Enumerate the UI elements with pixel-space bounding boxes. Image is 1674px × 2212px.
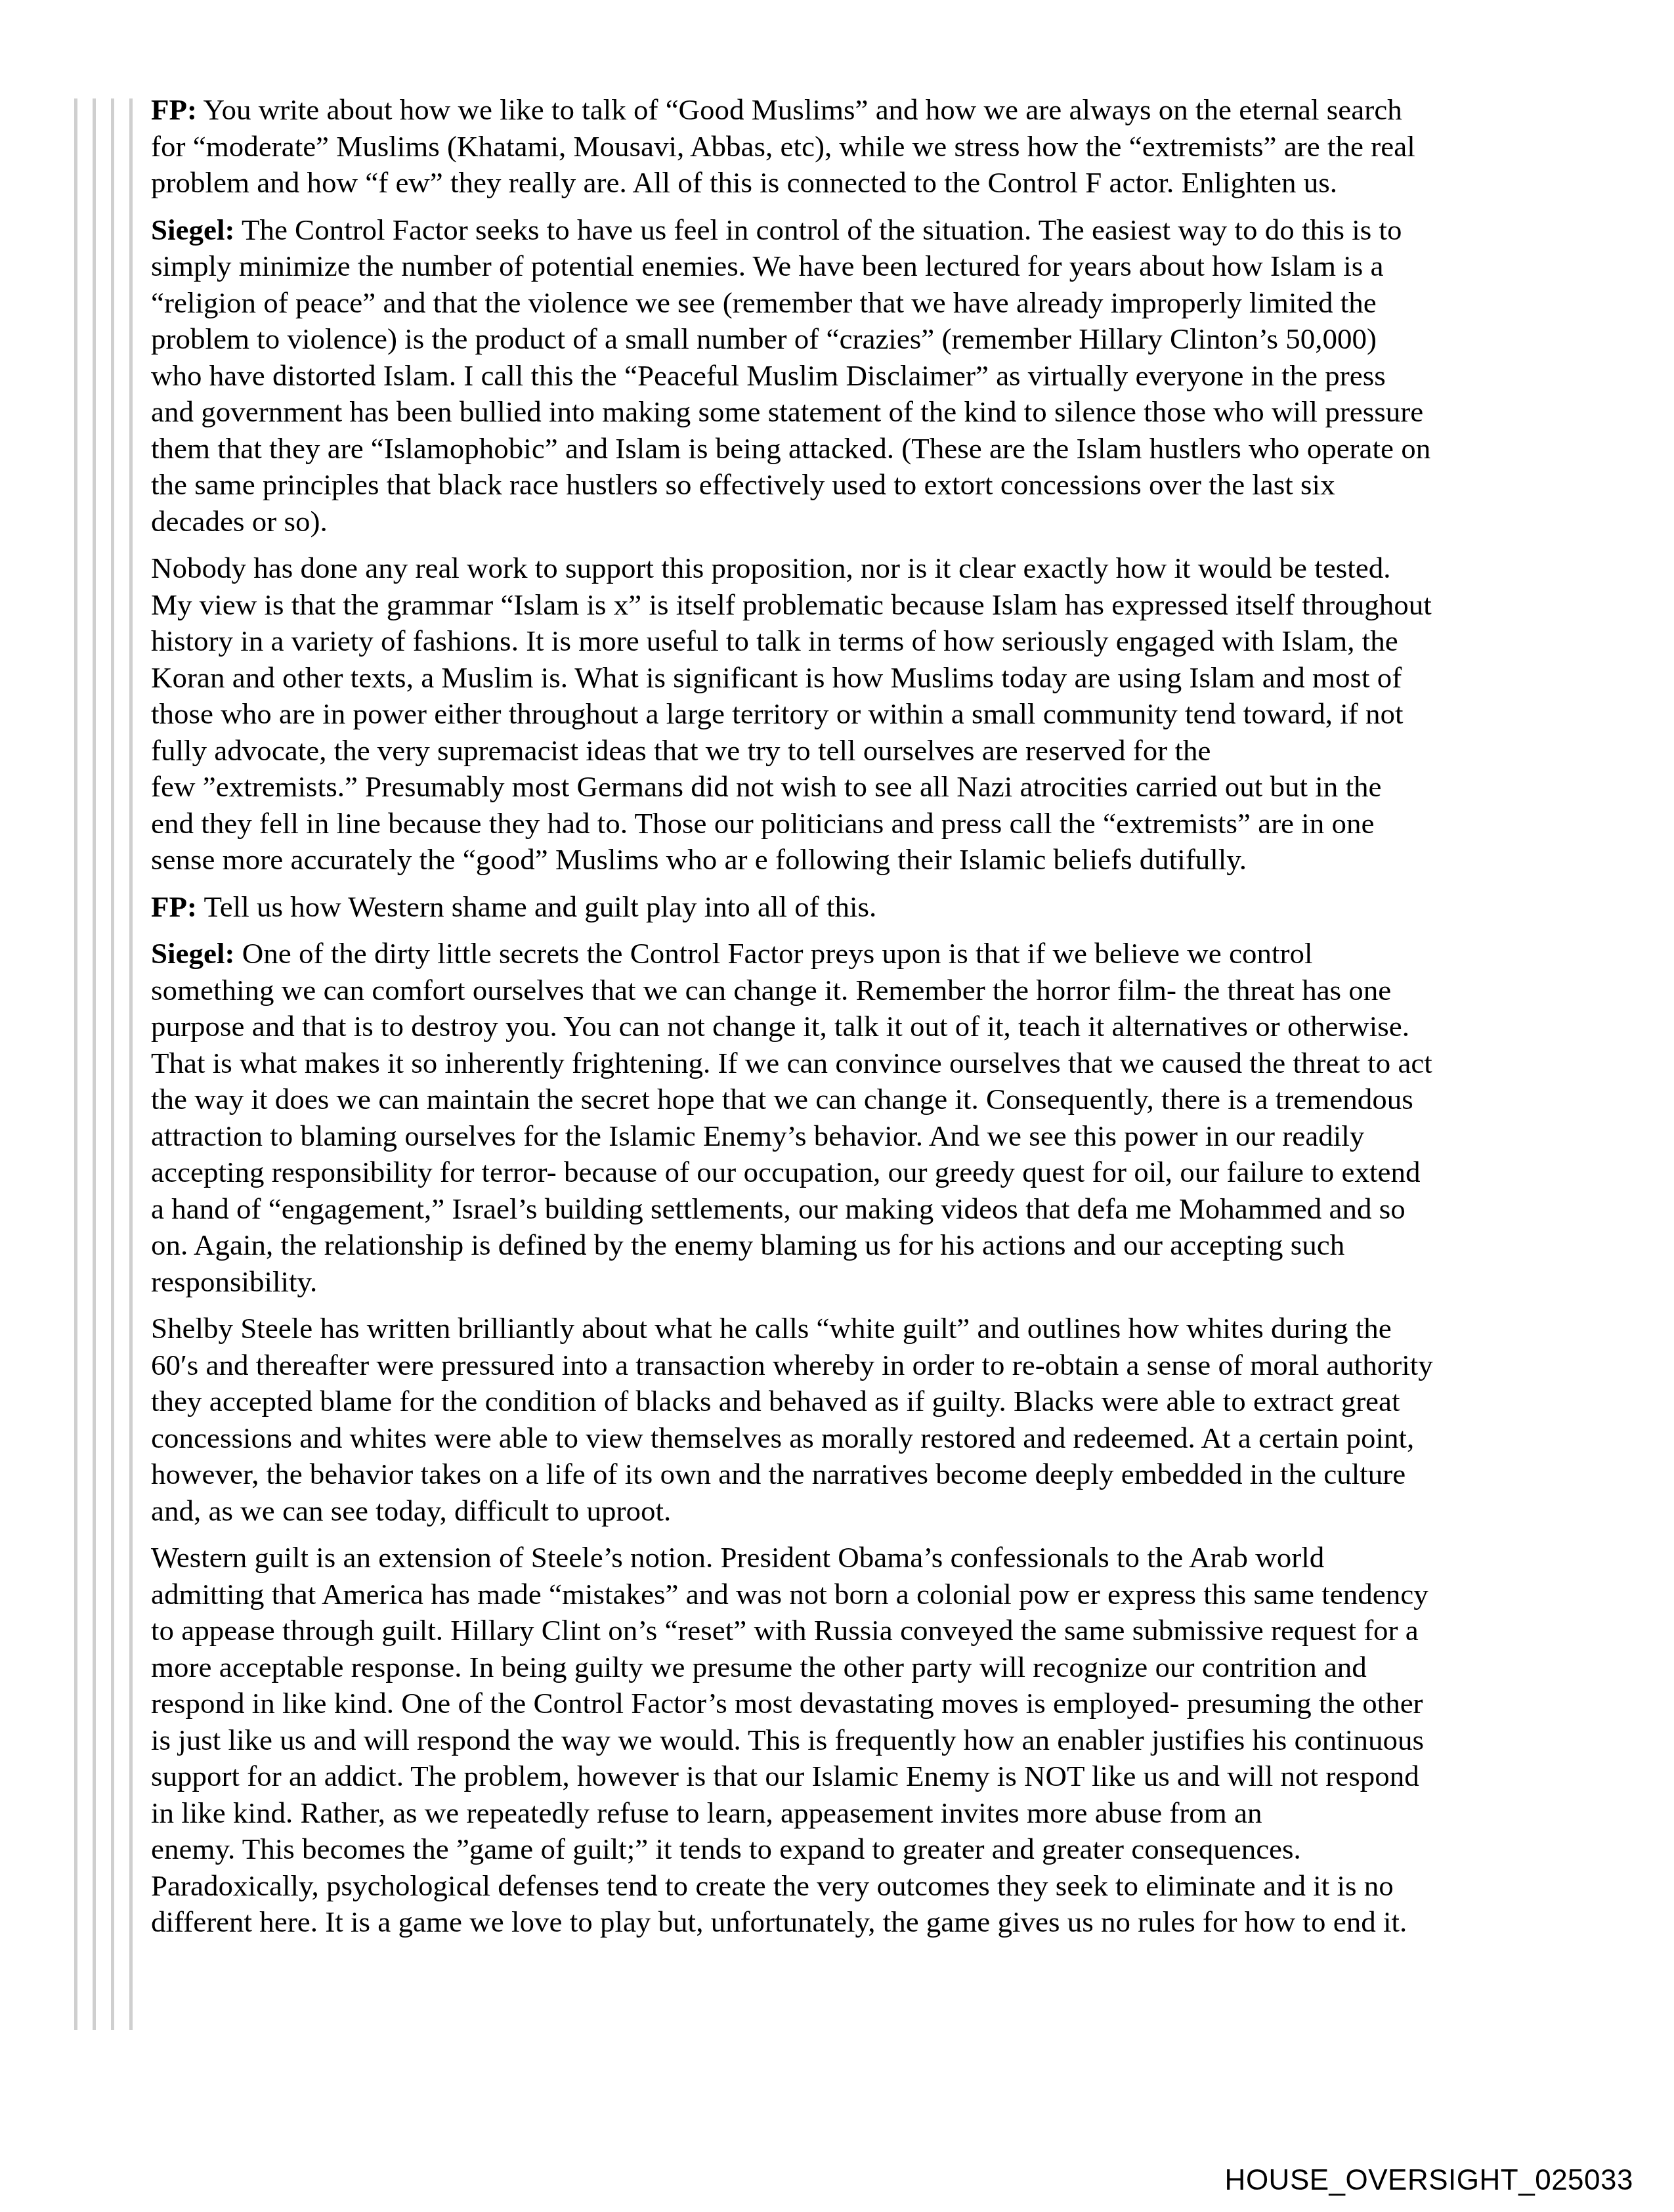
paragraph-fp-question-1: FP: You write about how we like to talk … (151, 92, 1589, 202)
paragraph-siegel-answer-2: Siegel: One of the dirty little secrets … (151, 936, 1589, 1300)
bates-number: HOUSE_OVERSIGHT_025033 (1225, 2164, 1633, 2197)
speaker-label: Siegel: (151, 937, 234, 970)
margin-rule (129, 98, 133, 2030)
paragraph-text: You write about how we like to talk of “… (151, 93, 1415, 199)
paragraph-text: Western guilt is an extension of Steele’… (151, 1541, 1428, 1938)
speaker-label: Siegel: (151, 213, 234, 246)
paragraph-text: One of the dirty little secrets the Cont… (151, 937, 1432, 1298)
paragraph-text: Nobody has done any real work to support… (151, 552, 1432, 876)
speaker-label: FP: (151, 890, 197, 923)
paragraph-text: The Control Factor seeks to have us feel… (151, 213, 1430, 538)
paragraph-siegel-continued-1: Nobody has done any real work to support… (151, 550, 1589, 878)
paragraph-siegel-continued-3: Western guilt is an extension of Steele’… (151, 1540, 1589, 1941)
paragraph-siegel-answer-1: Siegel: The Control Factor seeks to have… (151, 212, 1589, 540)
margin-rule (74, 98, 77, 2030)
paragraph-fp-question-2: FP: Tell us how Western shame and guilt … (151, 889, 1589, 926)
paragraph-text: Tell us how Western shame and guilt play… (197, 890, 876, 923)
paragraph-text: Shelby Steele has written brilliantly ab… (151, 1312, 1433, 1527)
document-body: FP: You write about how we like to talk … (151, 92, 1589, 1951)
speaker-label: FP: (151, 93, 197, 126)
margin-rule (111, 98, 114, 2030)
margin-rule (93, 98, 96, 2030)
paragraph-siegel-continued-2: Shelby Steele has written brilliantly ab… (151, 1311, 1589, 1529)
